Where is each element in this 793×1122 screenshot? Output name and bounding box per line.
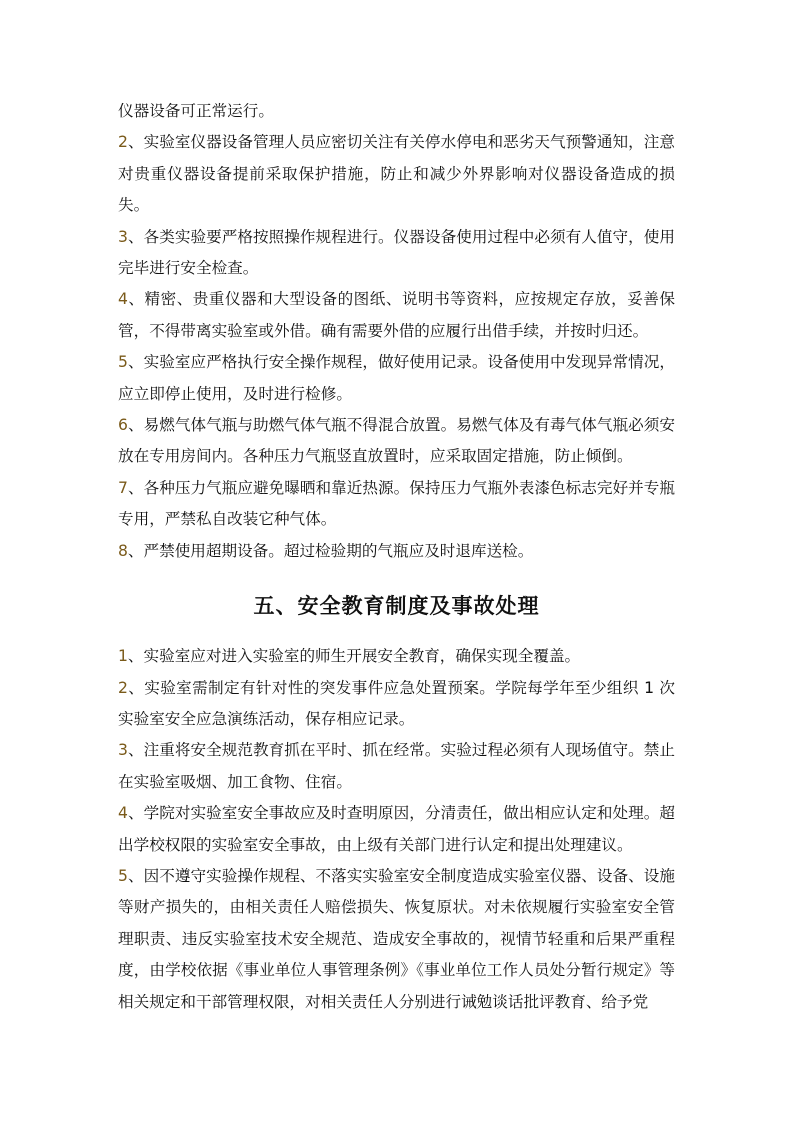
list-item: 3、各类实验要严格按照操作规程进行。仪器设备使用过程中必须有人值守，使用完毕进行… bbox=[118, 222, 675, 285]
document-page: 仪器设备可正常运行。 2、实验室仪器设备管理人员应密切关注有关停水停电和恶劣天气… bbox=[118, 96, 675, 1018]
list-item: 4、精密、贵重仪器和大型设备的图纸、说明书等资料，应按规定存放，妥善保管，不得带… bbox=[118, 284, 675, 347]
item-number: 7 bbox=[118, 479, 128, 497]
item-number: 2 bbox=[118, 133, 128, 151]
item-number: 8 bbox=[118, 542, 128, 560]
item-number: 6 bbox=[118, 416, 128, 434]
list-item: 2、实验室需制定有针对性的突发事件应急处置预案。学院每学年至少组织 1 次实验室… bbox=[118, 673, 675, 736]
list-item: 1、实验室应对进入实验室的师生开展安全教育，确保实现全覆盖。 bbox=[118, 641, 675, 672]
item-text: 、实验室需制定有针对性的突发事件应急处置预案。学院每学年至少组织 1 次实验室安… bbox=[118, 679, 675, 728]
item-number: 3 bbox=[118, 228, 128, 246]
list-item: 5、实验室应严格执行安全操作规程，做好使用记录。设备使用中发现异常情况，应立即停… bbox=[118, 347, 675, 410]
list-item: 7、各种压力气瓶应避免曝晒和靠近热源。保持压力气瓶外表漆色标志完好并专瓶专用，严… bbox=[118, 473, 675, 536]
list-item: 6、易燃气体气瓶与助燃气体气瓶不得混合放置。易燃气体及有毒气体气瓶必须安放在专用… bbox=[118, 410, 675, 473]
item-number: 5 bbox=[118, 353, 128, 371]
item-number: 1 bbox=[118, 647, 128, 665]
section-heading: 五、安全教育制度及事故处理 bbox=[118, 591, 675, 621]
list-item: 4、学院对实验室安全事故应及时查明原因，分清责任，做出相应认定和处理。超出学校权… bbox=[118, 798, 675, 861]
list-item: 2、实验室仪器设备管理人员应密切关注有关停水停电和恶劣天气预警通知，注意对贵重仪… bbox=[118, 127, 675, 221]
item-text: 、注重将安全规范教育抓在平时、抓在经常。实验过程必须有人现场值守。禁止在实验室吸… bbox=[118, 741, 675, 790]
item-text: 、严禁使用超期设备。超过检验期的气瓶应及时退库送检。 bbox=[128, 542, 533, 560]
list-item: 3、注重将安全规范教育抓在平时、抓在经常。实验过程必须有人现场值守。禁止在实验室… bbox=[118, 735, 675, 798]
item-text: 、学院对实验室安全事故应及时查明原因，分清责任，做出相应认定和处理。超出学校权限… bbox=[118, 804, 675, 853]
item-text: 、各种压力气瓶应避免曝晒和靠近热源。保持压力气瓶外表漆色标志完好并专瓶专用，严禁… bbox=[118, 479, 675, 528]
list-item: 5、因不遵守实验操作规程、不落实实验室安全制度造成实验室仪器、设备、设施等财产损… bbox=[118, 861, 675, 1018]
item-text: 、实验室仪器设备管理人员应密切关注有关停水停电和恶劣天气预警通知，注意对贵重仪器… bbox=[118, 133, 675, 214]
paragraph-continued: 仪器设备可正常运行。 bbox=[118, 96, 675, 127]
item-text: 、实验室应严格执行安全操作规程，做好使用记录。设备使用中发现异常情况，应立即停止… bbox=[118, 353, 675, 402]
item-number: 4 bbox=[118, 290, 128, 308]
item-number: 5 bbox=[118, 867, 128, 885]
item-text: 、实验室应对进入实验室的师生开展安全教育，确保实现全覆盖。 bbox=[128, 647, 580, 665]
item-number: 2 bbox=[118, 679, 128, 697]
item-text: 、因不遵守实验操作规程、不落实实验室安全制度造成实验室仪器、设备、设施等财产损失… bbox=[118, 867, 675, 1011]
list-item: 8、严禁使用超期设备。超过检验期的气瓶应及时退库送检。 bbox=[118, 536, 675, 567]
item-number: 4 bbox=[118, 804, 128, 822]
item-number: 3 bbox=[118, 741, 128, 759]
item-text: 、各类实验要严格按照操作规程进行。仪器设备使用过程中必须有人值守，使用完毕进行安… bbox=[118, 228, 675, 277]
item-text: 、精密、贵重仪器和大型设备的图纸、说明书等资料，应按规定存放，妥善保管，不得带离… bbox=[118, 290, 675, 339]
item-text: 、易燃气体气瓶与助燃气体气瓶不得混合放置。易燃气体及有毒气体气瓶必须安放在专用房… bbox=[118, 416, 675, 465]
